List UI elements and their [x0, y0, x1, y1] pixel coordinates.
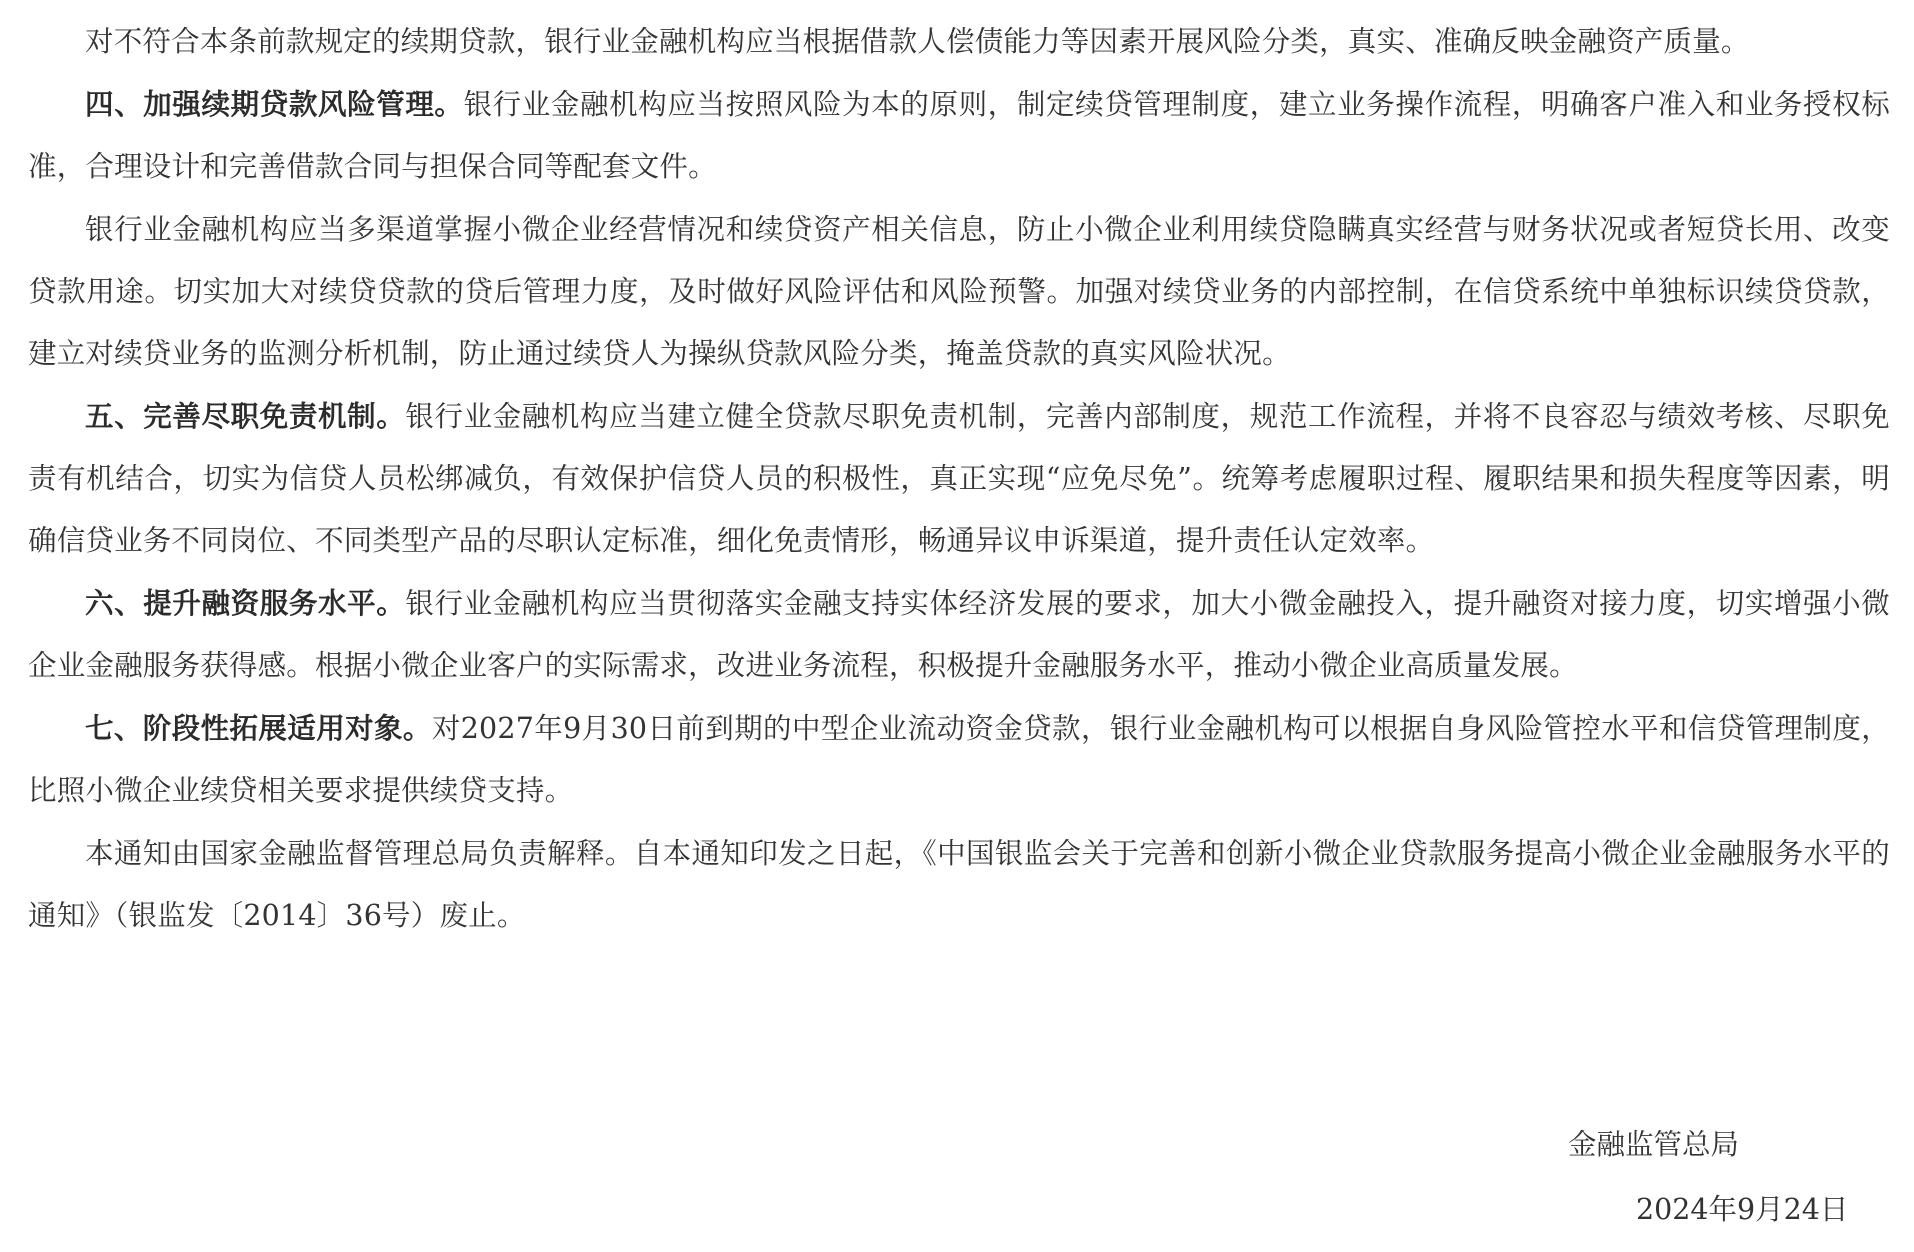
paragraph-section-5: 五、完善尽职免责机制。银行业金融机构应当建立健全贷款尽职免责机制，完善内部制度，…	[28, 385, 1890, 572]
paragraph-interpretation: 本通知由国家金融监督管理总局负责解释。自本通知印发之日起，《中国银监会关于完善和…	[28, 822, 1890, 947]
paragraph-text: 银行业金融机构应当多渠道掌握小微企业经营情况和续贷资产相关信息，防止小微企业利用…	[28, 213, 1890, 370]
issue-date: 2024年9月24日	[1636, 1190, 1848, 1230]
paragraph-text: 对不符合本条前款规定的续期贷款，银行业金融机构应当根据借款人偿债能力等因素开展风…	[85, 25, 1750, 58]
section-5-heading: 五、完善尽职免责机制。	[85, 399, 405, 433]
paragraph-text: 本通知由国家金融监督管理总局负责解释。自本通知印发之日起，《中国银监会关于完善和…	[28, 837, 1890, 932]
paragraph-section-4: 四、加强续期贷款风险管理。银行业金融机构应当按照风险为本的原则，制定续贷管理制度…	[28, 73, 1890, 198]
paragraph-section-6: 六、提升融资服务水平。银行业金融机构应当贯彻落实金融支持实体经济发展的要求，加大…	[28, 572, 1890, 697]
paragraph-section-7: 七、阶段性拓展适用对象。对2027年9月30日前到期的中型企业流动资金贷款，银行…	[28, 697, 1890, 822]
section-6-heading: 六、提升融资服务水平。	[85, 586, 405, 620]
issuer-signature: 金融监管总局	[1568, 1125, 1739, 1165]
paragraph-section-4-detail: 银行业金融机构应当多渠道掌握小微企业经营情况和续贷资产相关信息，防止小微企业利用…	[28, 198, 1890, 385]
document-body: 对不符合本条前款规定的续期贷款，银行业金融机构应当根据借款人偿债能力等因素开展风…	[28, 10, 1890, 947]
section-4-heading: 四、加强续期贷款风险管理。	[85, 87, 464, 121]
section-7-heading: 七、阶段性拓展适用对象。	[85, 711, 432, 745]
paragraph-risk-classification: 对不符合本条前款规定的续期贷款，银行业金融机构应当根据借款人偿债能力等因素开展风…	[28, 10, 1890, 73]
